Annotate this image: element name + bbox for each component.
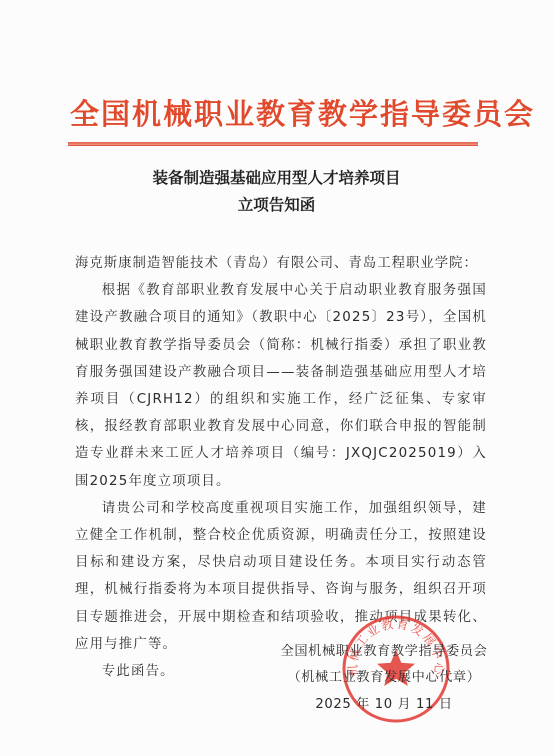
organization-header: 全国机械职业教育教学指导委员会 [70,95,480,133]
document-title-line1: 装备制造强基础应用型人才培养项目 [0,166,553,188]
signature-organization: 全国机械职业教育教学指导委员会 [270,640,498,659]
signature-date: 2025 年 10 月 11 日 [270,693,498,712]
header-red-rule [68,142,478,146]
signature-seal-note: （机械工业教育发展中心代章） [270,666,498,685]
salutation: 海克斯康制造智能技术（青岛）有限公司、青岛工程职业学院： [75,250,487,277]
document-title-line2: 立项告知函 [0,193,553,215]
paragraph-1: 根据《教育部职业教育发展中心关于启动职业教育服务强国建设产教融合项目的通知》（教… [75,277,487,495]
